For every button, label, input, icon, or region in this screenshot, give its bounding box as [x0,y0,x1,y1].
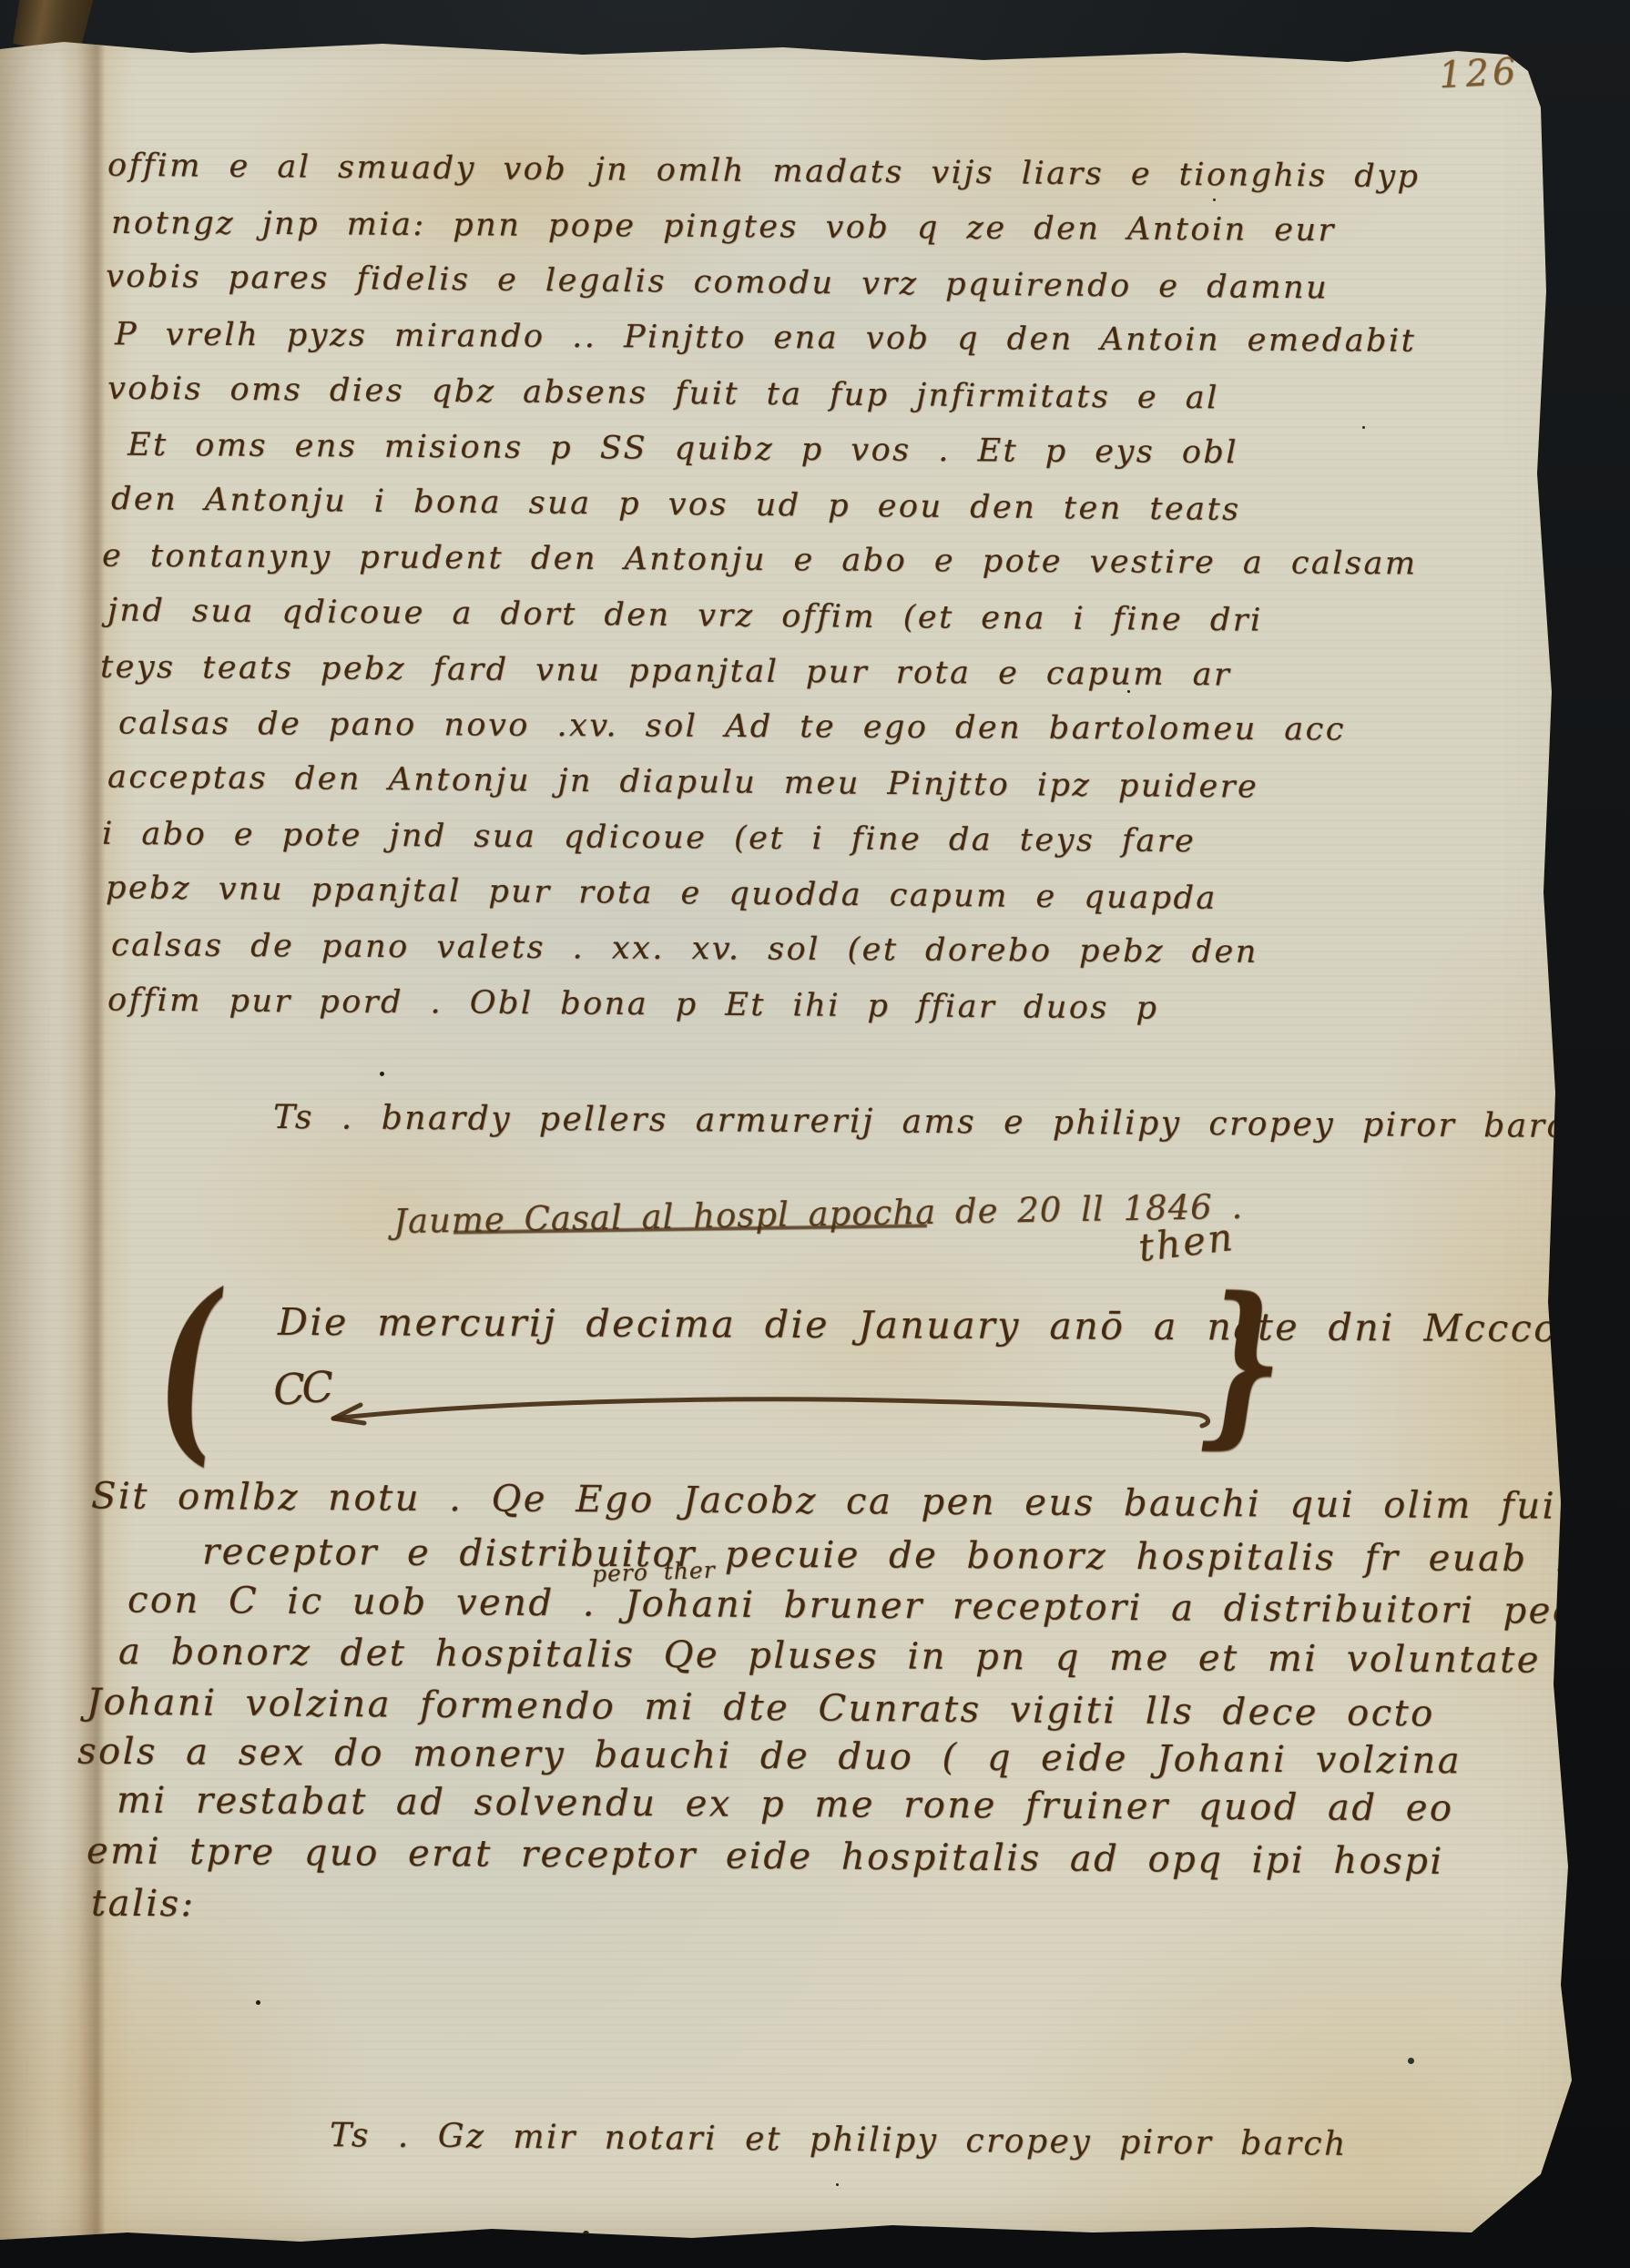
paragraph1-line: calsas de pano novo .xv. sol Ad te ego d… [118,705,1346,748]
paragraph1-line: den Antonju i bona sua p vos ud p eou de… [111,481,1241,528]
folio-number: 126 [1438,51,1521,97]
paragraph2-line: emi tpre quo erat receptor eide hospital… [87,1830,1444,1883]
paragraph2-line: con C ic uob vend . Johani bruner recept… [127,1579,1630,1632]
underline-flourish [321,1386,1222,1440]
correction-mark: CC [271,1362,331,1415]
paragraph1-line: acceptas den Antonju jn diapulu meu Pinj… [107,758,1259,805]
paragraph2-line: mi restabat ad solvendu ex p me rone fru… [117,1780,1454,1830]
paper-specks [0,0,3,3]
paragraph1-line: teys teats pebz fard vnu ppanjtal pur ro… [100,649,1231,694]
manuscript-page: 126 offim e al smuady vob jn omlh madats… [0,0,1630,2268]
paragraph1-line: calsas de pano valets . xx. xv. sol (et … [111,927,1258,971]
paragraph2-line: talis: [91,1883,196,1926]
paragraph2-line: sols a sex do monery bauchi de duo ( q e… [77,1731,1462,1783]
paragraph2-line: Johani volzina formendo mi dte Cunrats v… [87,1682,1435,1735]
paragraph1-line: i abo e pote jnd sua qdicoue (et i fine … [102,816,1196,859]
witnesses-line: Ts . bnardy pellers armurerij ams e phil… [273,1099,1591,1145]
paragraph1-line: notngz jnp mia: pnn pope pingtes vob q z… [111,205,1336,249]
interlinear-insertion: pero ther [592,1557,717,1588]
paragraph1-line: offim e al smuady vob jn omlh madats vij… [107,147,1421,196]
paragraph1-line: vobis pares fidelis e legalis comodu vrz… [106,259,1329,307]
opening-bracket: ( [153,1251,226,1487]
binding-spine-fragment [13,0,97,49]
paragraph1-line: jnd sua qdicoue a dort den vrz offim (et… [107,592,1263,638]
paragraph1-line: offim pur pord . Obl bona p Et ihi p ffi… [107,981,1159,1026]
paragraph1-line: vobis oms dies qbz absens fuit ta fup jn… [107,371,1219,417]
paragraph2-line: receptor e distribuitor pecuie de bonorz… [202,1531,1630,1581]
paragraph1-line: pebz vnu ppanjtal pur rota e quodda capu… [106,870,1217,917]
paragraph1-line: e tontanyny prudent den Antonju e abo e … [102,538,1418,583]
paragraph1-line: P vrelh pyzs mirando .. Pinjtto ena vob … [115,316,1416,359]
date-heading: Die mercurij decima die January anō a na… [278,1300,1630,1351]
closing-bracket: } [1201,1258,1286,1467]
paragraph2-line: a bonorz det hospitalis Qe pluses in pn … [118,1631,1541,1682]
paragraph1-line: Et oms ens misions p SS quibz p vos . Et… [127,427,1238,472]
footer-witnesses-line: Ts . Gz mir notari et philipy cropey pir… [330,2117,1348,2163]
paragraph2-line: Sit omlbz notu . Qe Ego Jacobz ca pen eu… [91,1475,1556,1527]
photo-background: 126 offim e al smuady vob jn omlh madats… [0,0,1630,2268]
